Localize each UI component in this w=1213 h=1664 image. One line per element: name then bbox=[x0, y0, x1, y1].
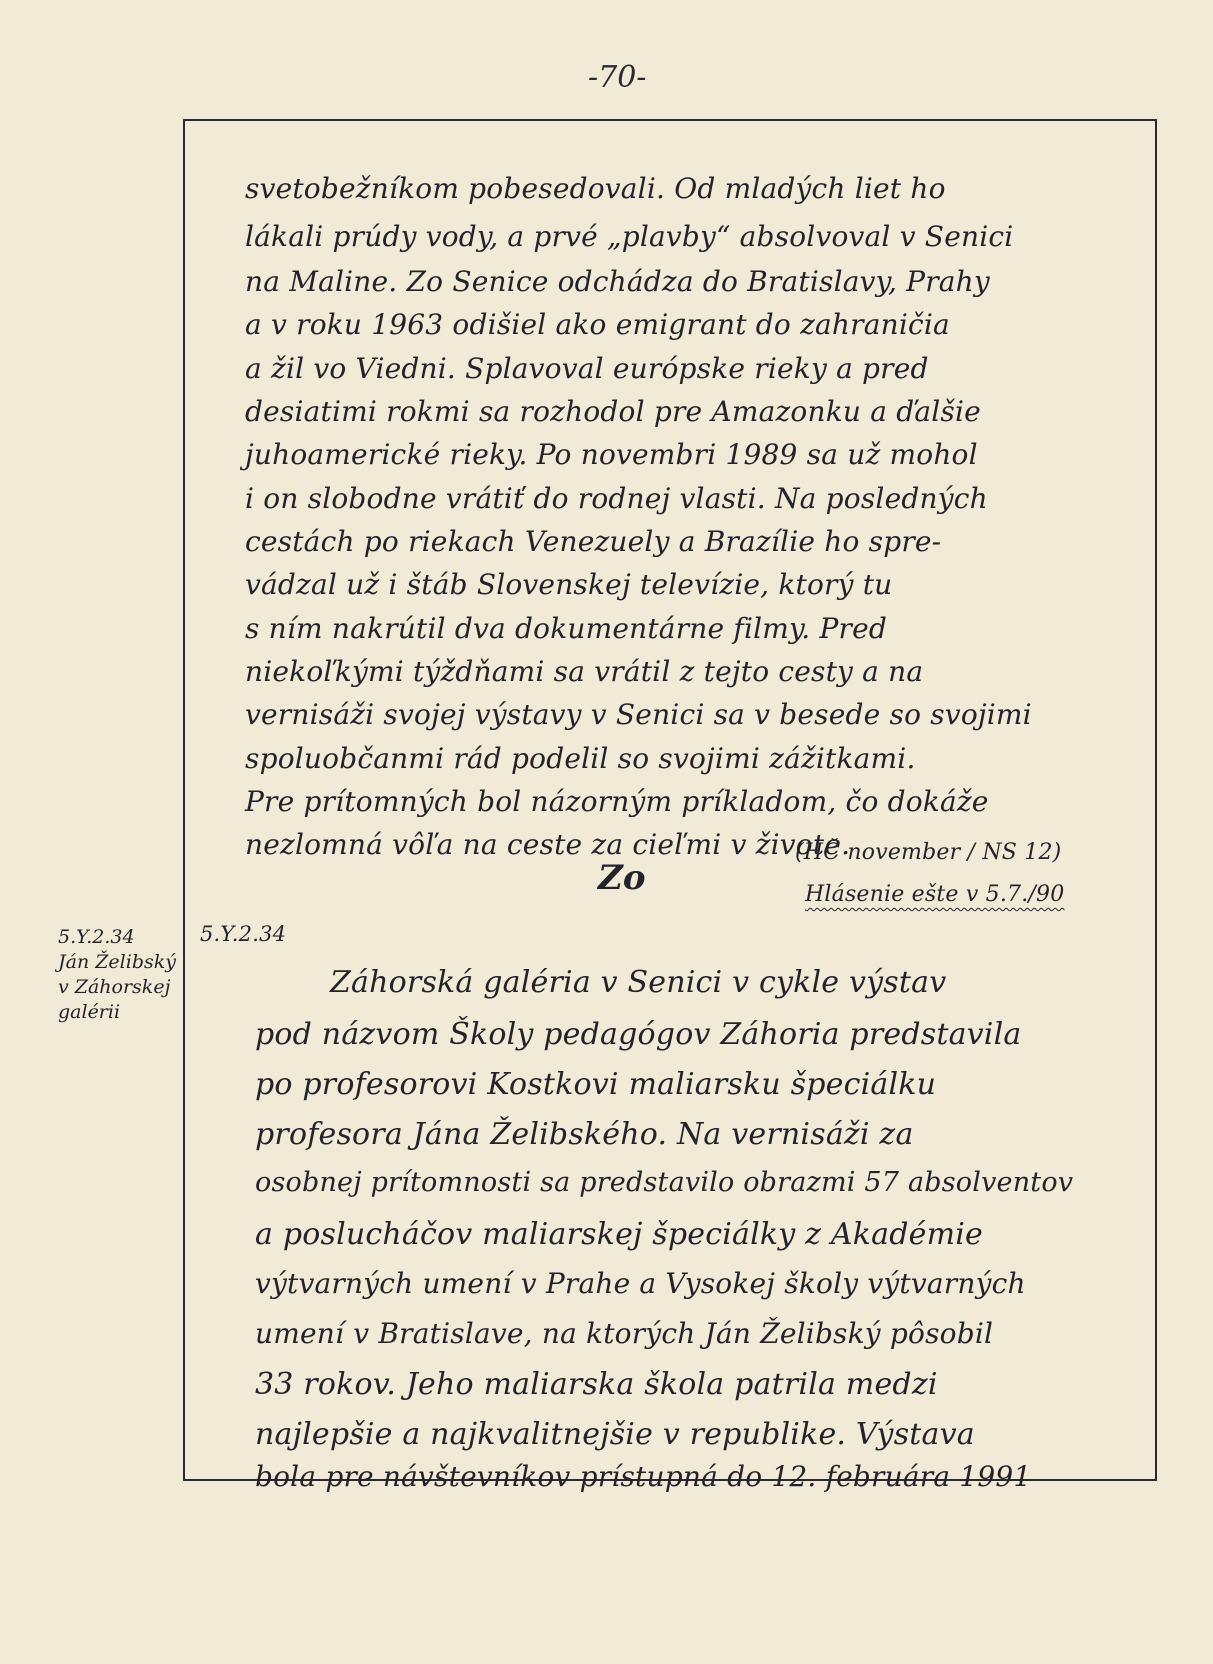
source-note: (HČ november / NS 12) bbox=[795, 840, 1061, 865]
text-line: osobnej prítomnosti sa predstavilo obraz… bbox=[255, 1167, 1073, 1198]
text-line: umení v Bratislave, na ktorých Ján Želib… bbox=[255, 1317, 993, 1350]
text-line: profesora Jána Želibského. Na vernisáži … bbox=[255, 1117, 914, 1152]
text-line: s ním nakrútil dva dokumentárne filmy. P… bbox=[245, 612, 887, 645]
text-line: Pre prítomných bol názorným príkladom, č… bbox=[245, 785, 989, 818]
margin-annotation: 5.Y.2.34 Ján Želibský v Záhorskej galéri… bbox=[58, 925, 176, 1025]
entry-code: 5.Y.2.34 bbox=[200, 922, 286, 946]
margin-line: v Záhorskej bbox=[58, 975, 176, 1000]
text-line: a žil vo Viedni. Splavoval európske riek… bbox=[245, 352, 929, 385]
margin-line: Ján Želibský bbox=[58, 950, 176, 975]
text-line: svetobežníkom pobesedovali. Od mladých l… bbox=[245, 172, 946, 205]
text-line: bola pre návštevníkov prístupná do 12. f… bbox=[255, 1460, 1031, 1493]
text-line: cestách po riekach Venezuely a Brazílie … bbox=[245, 525, 941, 558]
text-line: výtvarných umení v Prahe a Vysokej školy… bbox=[255, 1267, 1026, 1300]
page-number: -70- bbox=[588, 60, 646, 95]
author-signature: Zo bbox=[598, 858, 646, 898]
text-line: desiatimi rokmi sa rozhodol pre Amazonku… bbox=[245, 395, 981, 428]
text-line: spoluobčanmi rád podelil so svojimi záži… bbox=[245, 742, 916, 775]
margin-line: galérii bbox=[58, 1000, 176, 1025]
text-line: lákali prúdy vody, a prvé „plavby“ absol… bbox=[245, 220, 1013, 253]
text-line: pod názvom Školy pedagógov Záhoria preds… bbox=[255, 1017, 1021, 1052]
text-line: na Maline. Zo Senice odchádza do Bratisl… bbox=[245, 265, 990, 298]
text-line: po profesorovi Kostkovi maliarsku špeciá… bbox=[255, 1067, 936, 1102]
text-line: juhoamerické rieky. Po novembri 1989 sa … bbox=[245, 438, 978, 471]
text-line: vádzal už i štáb Slovenskej televízie, k… bbox=[245, 568, 892, 601]
text-line: i on slobodne vrátiť do rodnej vlasti. N… bbox=[245, 482, 988, 515]
text-line: a v roku 1963 odišiel ako emigrant do za… bbox=[245, 308, 950, 341]
extra-note: Hlásenie ešte v 5.7./90 bbox=[805, 882, 1064, 907]
text-line: 33 rokov. Jeho maliarska škola patrila m… bbox=[255, 1367, 938, 1402]
text-line: vernisáži svojej výstavy v Senici sa v b… bbox=[245, 698, 1032, 731]
text-line: nezlomná vôľa na ceste za cieľmi v život… bbox=[245, 828, 850, 861]
text-line: a poslucháčov maliarskej špeciálky z Aka… bbox=[255, 1217, 983, 1252]
text-line: niekoľkými týždňami sa vrátil z tejto ce… bbox=[245, 655, 923, 688]
text-line: najlepšie a najkvalitnejšie v republike.… bbox=[255, 1417, 975, 1452]
margin-code: 5.Y.2.34 bbox=[58, 925, 176, 950]
text-line-title: Záhorská galéria v Senici v cykle výstav bbox=[330, 965, 946, 1000]
